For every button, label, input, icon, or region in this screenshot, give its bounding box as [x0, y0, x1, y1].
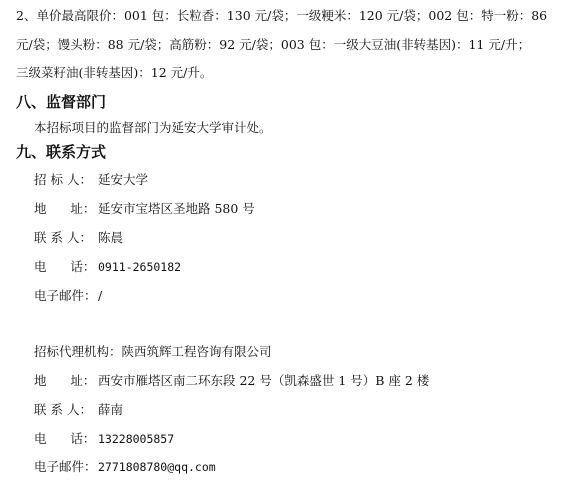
price-line-3: 三级菜籽油(非转基因)：12 元/升。 — [16, 65, 212, 81]
tenderer-phone-row: 电 话：0911-2650182 — [34, 259, 181, 275]
agency-person-row: 联 系 人：薛南 — [34, 402, 123, 418]
tenderer-name-row: 招 标 人：延安大学 — [34, 172, 148, 188]
agency-person: 薛南 — [98, 402, 123, 417]
agency-address: 西安市雁塔区南二环东段 22 号（凯森盛世 1 号）B 座 2 楼 — [98, 373, 429, 388]
tenderer-person-label: 联 系 人： — [34, 230, 98, 246]
agency-phone-row: 电 话：13228005857 — [34, 431, 174, 447]
tenderer-email-row: 电子邮件：/ — [34, 288, 102, 304]
tenderer-person: 陈晨 — [98, 230, 123, 245]
tenderer-email-label: 电子邮件： — [34, 288, 98, 304]
agency-phone-label: 电 话： — [34, 431, 98, 447]
agency-email-label: 电子邮件： — [34, 459, 98, 475]
price-line-2: 元/袋；馒头粉：88 元/袋；高筋粉：92 元/袋；003 包：一级大豆油(非转… — [16, 37, 530, 53]
agency-email: 2771808780@qq.com — [98, 460, 216, 474]
tenderer-phone: 0911-2650182 — [98, 260, 181, 274]
tenderer-name: 延安大学 — [98, 172, 148, 187]
tenderer-address-row: 地 址：延安市宝塔区圣地路 580 号 — [34, 201, 255, 217]
agency-email-row: 电子邮件：2771808780@qq.com — [34, 459, 216, 475]
agency-address-row: 地 址：西安市雁塔区南二环东段 22 号（凯森盛世 1 号）B 座 2 楼 — [34, 373, 429, 389]
tenderer-address-label: 地 址： — [34, 201, 98, 217]
supervision-text: 本招标项目的监督部门为延安大学审计处。 — [34, 120, 272, 136]
agency-name-row: 招标代理机构：陕西筑辉工程咨询有限公司 — [34, 344, 272, 360]
agency-address-label: 地 址： — [34, 373, 98, 389]
agency-name-label: 招标代理机构： — [34, 344, 122, 359]
agency-phone: 13228005857 — [98, 432, 174, 446]
price-line-1: 2、单价最高限价：001 包：长粒香：130 元/袋；一级粳米：120 元/袋；… — [16, 8, 547, 24]
tenderer-person-row: 联 系 人：陈晨 — [34, 230, 123, 246]
tenderer-phone-label: 电 话： — [34, 259, 98, 275]
agency-person-label: 联 系 人： — [34, 402, 98, 418]
supervision-heading: 八、监督部门 — [16, 93, 106, 111]
agency-name: 陕西筑辉工程咨询有限公司 — [122, 344, 272, 359]
tenderer-email: / — [98, 288, 102, 303]
tenderer-address: 延安市宝塔区圣地路 580 号 — [98, 201, 255, 216]
contact-heading: 九、联系方式 — [16, 143, 106, 161]
tenderer-name-label: 招 标 人： — [34, 172, 98, 188]
